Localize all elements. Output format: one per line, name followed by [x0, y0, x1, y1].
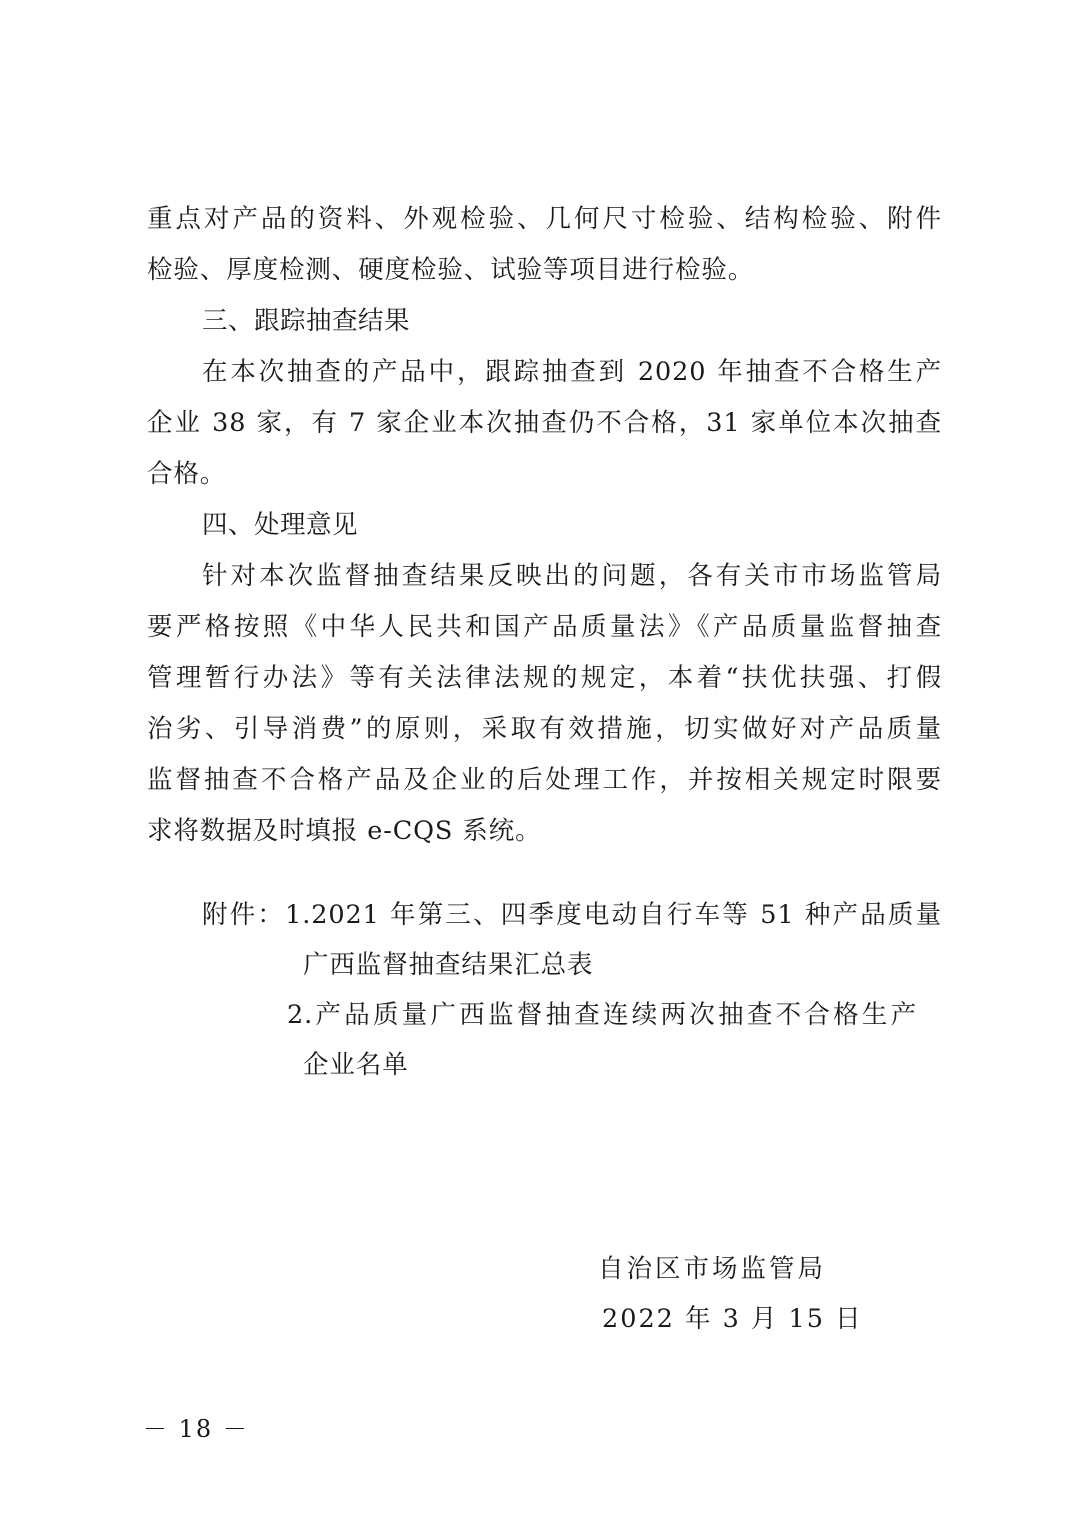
body-line: 针对本次监督抽查结果反映出的问题，各有关市市场监管局: [202, 559, 942, 593]
body-line: 要严格按照《中华人民共和国产品质量法》《产品质量监督抽查: [147, 610, 942, 644]
document-page: 重点对产品的资料、外观检验、几何尺寸检验、结构检验、附件 检验、厚度检测、硬度检…: [0, 0, 1074, 1520]
body-line: 在本次抽查的产品中，跟踪抽查到 2020 年抽查不合格生产: [202, 355, 942, 389]
body-line: 求将数据及时填报 e-CQS 系统。: [147, 814, 942, 848]
body-line: 企业 38 家，有 7 家企业本次抽查仍不合格，31 家单位本次抽查: [147, 406, 942, 440]
section-heading-tracking-results: 三、跟踪抽查结果: [202, 304, 942, 338]
body-line: 管理暂行办法》等有关法律法规的规定，本着“扶优扶强、打假: [147, 661, 942, 695]
section-heading-handling-opinions: 四、处理意见: [202, 508, 942, 542]
body-line: 重点对产品的资料、外观检验、几何尺寸检验、结构检验、附件: [147, 202, 942, 236]
body-line: 检验、厚度检测、硬度检验、试验等项目进行检验。: [147, 253, 942, 287]
attachment-1: 附件：1.2021 年第三、四季度电动自行车等 51 种产品质量: [202, 898, 942, 932]
attachment-1-continued: 广西监督抽查结果汇总表: [303, 948, 943, 982]
attachment-2: 2.产品质量广西监督抽查连续两次抽查不合格生产: [287, 998, 917, 1032]
page-number: － 18 －: [143, 1414, 249, 1444]
signature-date: 2022 年 3 月 15 日: [602, 1302, 863, 1336]
signature-organization: 自治区市场监管局: [598, 1252, 826, 1286]
body-line: 治劣、引导消费”的原则，采取有效措施，切实做好对产品质量: [147, 712, 942, 746]
body-line: 合格。: [147, 457, 942, 491]
body-line: 监督抽查不合格产品及企业的后处理工作，并按相关规定时限要: [147, 763, 942, 797]
attachment-2-continued: 企业名单: [303, 1048, 943, 1082]
